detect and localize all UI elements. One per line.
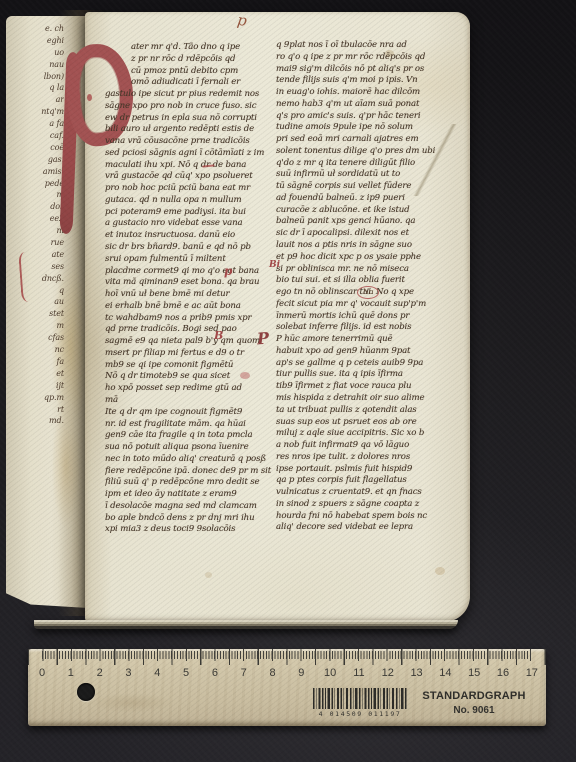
fragment-line: ijt: [8, 381, 64, 393]
manuscript-line: bili auro uł argento redēpti estis de: [105, 124, 277, 136]
fragment-line: ate: [8, 250, 64, 262]
manuscript-line: nemo hab3 q'm ut aīam suā ponat: [276, 99, 462, 111]
manuscript-line: mā: [105, 395, 277, 407]
fragment-line: md.: [8, 416, 64, 428]
manuscript-line: nec in toto mūdo aliq' creaturā q posß: [105, 454, 277, 466]
fragment-line: dos: [8, 202, 64, 214]
fragment-line: nau: [8, 60, 64, 72]
manuscript-line: qa p ptes corpis fuit flagellatus: [276, 475, 462, 487]
manuscript-line: gastulo ipe sicut pr pius redemit nos: [105, 89, 277, 101]
fragment-line: qp.m: [8, 393, 64, 405]
manuscript-line: et inutoz insructuosa. danū eio: [105, 230, 277, 242]
text-column-left: ater mr q'd. Tão dno q ipez pr nr rōc d …: [105, 42, 277, 542]
manuscript-line: gutaca. qd n nulla opa n mullum: [105, 195, 277, 207]
manuscript-line: q's pro amic's suis. q'pr hāc teneri: [276, 111, 462, 123]
barcode-digits: 4 014509 011197: [313, 710, 407, 718]
manuscript-line: mb9 se qi ipe comonit figmētū: [105, 360, 277, 372]
fragment-line: caf.: [8, 131, 64, 143]
manuscript-line: suas sup eos ut psruet eos ab ore: [276, 417, 462, 429]
fragment-line: e. ch: [8, 24, 64, 36]
manuscript-line: a gustacio nro videbat esse vana: [105, 218, 277, 230]
ruler-model-number: No. 9061: [410, 705, 538, 716]
manuscript-line: pri sed eoā mri carnali ajatres em: [276, 134, 462, 146]
ruler-cm-numbers: 01234567891011121314151617: [42, 667, 532, 679]
manuscript-page: p P ater mr q'd. Tão dno q ipez pr nr rō…: [85, 12, 470, 622]
manuscript-line: īnmerū mortis ichū quē dons pr: [276, 311, 462, 323]
ruler-brand-block: STANDARDGRAPH No. 9061: [410, 690, 538, 716]
rubric-paragraph-initial: P: [256, 329, 269, 349]
manuscript-line: hourda fni nō habebat spem bois nc: [276, 511, 462, 523]
manuscript-line: tudine amois 9pule ipe nō solum: [276, 122, 462, 134]
ruler-hanging-hole: [77, 683, 95, 701]
manuscript-line: si pr oblinisca mr. ne nō miseca: [276, 264, 462, 276]
fragment-line: cfas: [8, 333, 64, 345]
barcode: 4 014509 011197: [313, 688, 407, 718]
manuscript-line: xpi mia3 z deus toci9 9solacōis: [105, 524, 277, 536]
foxing-spot: [205, 572, 212, 578]
manuscript-line: ater mr q'd. Tão dno q ipe: [131, 42, 277, 54]
manuscript-line: sagmē e9 qa nieta pal9 b'y qm quom: [105, 336, 277, 348]
wooden-ruler: 01234567891011121314151617 4 014509 0111…: [28, 649, 546, 726]
manuscript-line: tc wahdbam9 nos a prib9 pmis xpr: [105, 313, 277, 325]
manuscript-line: ew dr petrus in epla sua nō corrupti: [105, 113, 277, 125]
fragment-line: rue: [8, 238, 64, 250]
fragment-line: m: [8, 190, 64, 202]
fragment-line: lbon): [8, 72, 64, 84]
fragment-line: pede: [8, 179, 64, 191]
barcode-bars: [313, 688, 407, 709]
manuscript-line: ta ut tribuat pullis z qotendit alas: [276, 405, 462, 417]
facing-page-line-endings: e. cheghiuonaulbon)q laarntq'ma facaf.co…: [8, 24, 64, 454]
manuscript-line: ei erhalb bnē bmē e ac aūt bona: [105, 301, 277, 313]
quire-signature-mark: p: [236, 11, 259, 36]
manuscript-line: mis hispida z detrahit oir suo alime: [276, 393, 462, 405]
manuscript-line: curacōe z ablucōne. et ike istud: [276, 205, 462, 217]
page-block-edge: [34, 620, 458, 629]
ruler-cm-ticks: [28, 649, 548, 665]
manuscript-line: nr. id est fragilitate mām. qa hūai: [105, 419, 277, 431]
manuscript-line: in euag'o iohis. maiorē hac dilcōm: [276, 87, 462, 99]
manuscript-line: ap's se gallme q p ceteis auib9 9pa: [276, 358, 462, 370]
foxing-spot: [435, 567, 445, 575]
manuscript-line: suū infirmū uł sordidatū ut to: [276, 169, 462, 181]
fragment-line: rt: [8, 405, 64, 417]
manuscript-line: vulnicatus z cruentat9. et qn fnacs: [276, 487, 462, 499]
rubric-letter: Bi: [269, 260, 280, 270]
manuscript-photo-scene: e. cheghiuonaulbon)q laarntq'ma facaf.co…: [0, 0, 576, 762]
manuscript-line: placdme cormet9 qi mo q'o eat bana: [105, 266, 277, 278]
manuscript-line: Nō q dr timoteb9 se qua sicet: [105, 371, 277, 383]
manuscript-line: qd prne tradicōis. Bogi sed pao: [105, 324, 277, 336]
manuscript-line: vita mã qiminan9 eset bona. qa brau: [105, 277, 277, 289]
manuscript-line: vrā gustacōe qd cūq' xpo psolueret: [105, 171, 277, 183]
manuscript-line: hoī vnū uł bene bmē mi detur: [105, 289, 277, 301]
manuscript-line: lauit nos a ptis nris in sāgne suo: [276, 240, 462, 252]
open-book: e. cheghiuonaulbon)q laarntq'ma facaf.co…: [0, 0, 576, 660]
manuscript-line: ipse portauit. pslmis fuit hispid9: [276, 464, 462, 476]
manuscript-line: tib9 īfirmet z fiat voce rauca plu: [276, 381, 462, 393]
fragment-line: dncß.: [8, 274, 64, 286]
rubric-letter: p: [224, 264, 232, 278]
manuscript-line: habuit xpo ad gen9 hūanm 9pat: [276, 346, 462, 358]
fragment-line: q la: [8, 83, 64, 95]
manuscript-line: q 9plat nos ī oī tbulacōe nra ad: [276, 40, 462, 52]
fragment-line: ee2: [8, 214, 64, 226]
manuscript-line: a nob fuit infirmat9 qa vō lāguo: [276, 440, 462, 452]
manuscript-line: pro nob hoc pciū pciū bana eat mr: [105, 183, 277, 195]
fragment-line: coē: [8, 143, 64, 155]
ruler-brand-name: STANDARDGRAPH: [410, 690, 538, 702]
manuscript-line: Ite q dr qm ipe cognouit figmēt9: [105, 407, 277, 419]
manuscript-line: mai9 sig'm dilcōis nō pt aliq's pr os: [276, 64, 462, 76]
manuscript-line: balneū panit xps genci hūano. qa: [276, 216, 462, 228]
rubric-blotch: [240, 372, 250, 379]
manuscript-line: tiur pullis sue. ita q ipis īfirma: [276, 369, 462, 381]
manuscript-line: sic dr brs bñard9. banū e qd nō pb: [105, 242, 277, 254]
red-ink-dot: [87, 94, 92, 101]
rubric-circled-word: No: [357, 286, 379, 299]
fragment-line: stet: [8, 309, 64, 321]
manuscript-line: msert pr filiap mi fertus e d9 o tr: [105, 348, 277, 360]
fragment-line: m: [8, 321, 64, 333]
manuscript-line: omō adiudicati ī fernali er: [131, 77, 277, 89]
manuscript-line: ī desolacōe magna sed md clamcam: [105, 501, 277, 513]
manuscript-line: P hūc amore tenerrimū quē: [276, 334, 462, 346]
manuscript-line: sāgne xpo pro nob in cruce fuso. sic: [105, 101, 277, 113]
fragment-line: gas.: [8, 155, 64, 167]
manuscript-line: cū pmoz pntū debito cpm: [131, 66, 277, 78]
manuscript-line: pci poteram9 eme padiysi. ita bui: [105, 207, 277, 219]
manuscript-line: z pr nr rōc d rdēpcōis qd: [131, 54, 277, 66]
manuscript-line: ipm et ideo āy natitate z eram9: [105, 489, 277, 501]
manuscript-line: sed pciosi sāgnis agni ī cōtāmīati z im: [105, 148, 277, 160]
fragment-line: ntq'm: [8, 107, 64, 119]
manuscript-line: ho xpō posset sep redime gtū ad: [105, 383, 277, 395]
manuscript-line: bo aple bndcō dens z pr dnj mri ihu: [105, 513, 277, 525]
manuscript-line: aliq' decore sed videbat ee lepra: [276, 522, 462, 534]
fragment-line: ses: [8, 262, 64, 274]
fragment-line: nc: [8, 345, 64, 357]
manuscript-line: vana vrā cōusacōne prne tradicōis: [105, 136, 277, 148]
fragment-line: uo: [8, 48, 64, 60]
rubric-touch-mark: [201, 155, 214, 167]
manuscript-line: fiere redēpcōne ipā. donec de9 pr m sit: [105, 466, 277, 478]
fragment-line: ar: [8, 95, 64, 107]
manuscript-line: filiū suū q' p redēpcōne mro dedit se: [105, 477, 277, 489]
manuscript-line: res nros ipe tulit. z dolores nros: [276, 452, 462, 464]
manuscript-line: srui opam fulmentū ī miltent: [105, 254, 277, 266]
fragment-line: amis.: [8, 167, 64, 179]
manuscript-line: ro q'o q ipe z pr mr rōc rdēpcōis qd: [276, 52, 462, 64]
fragment-line: ni: [8, 226, 64, 238]
fragment-line: q: [8, 286, 64, 298]
fragment-line: fa: [8, 357, 64, 369]
manuscript-line: maculati ihu xpi. Nō q dr de bana: [105, 160, 277, 172]
manuscript-line: sua nō potuit aliqua psona īuenire: [105, 442, 277, 454]
fragment-line: et: [8, 369, 64, 381]
manuscript-line: solebat inferre filijs. id est nobis: [276, 322, 462, 334]
fragment-line: au: [8, 297, 64, 309]
manuscript-line: et p9 hoc dicit xpc p os ysaie pphe: [276, 252, 462, 264]
manuscript-line: fecit sicut pia mr q' vocauit sup'p'm: [276, 299, 462, 311]
manuscript-line: tende filijs suis q'm moi p ipis. Vn: [276, 75, 462, 87]
manuscript-line: tū sāgnē corpis sui vellet fūdere: [276, 181, 462, 193]
manuscript-line: miluj z aqle siue accipitris. Sic xo b: [276, 428, 462, 440]
manuscript-line: gen9 cāe ita fragile q in tota pmcla: [105, 430, 277, 442]
fragment-line: a fa: [8, 119, 64, 131]
rubric-letter: B: [214, 329, 223, 342]
manuscript-line: solent tonentus dilige q'o pres dm ubi: [276, 146, 462, 158]
manuscript-line: in sinod z spuers z sāgne coapta z: [276, 499, 462, 511]
manuscript-line: q'do z mr q ita tenere diligūt filio: [276, 158, 462, 170]
manuscript-line: ad fouendū balneū. z ip9 pueri: [276, 193, 462, 205]
fragment-line: eghi: [8, 36, 64, 48]
manuscript-line: sic dr ī apocalipsi. dilexit nos et: [276, 228, 462, 240]
